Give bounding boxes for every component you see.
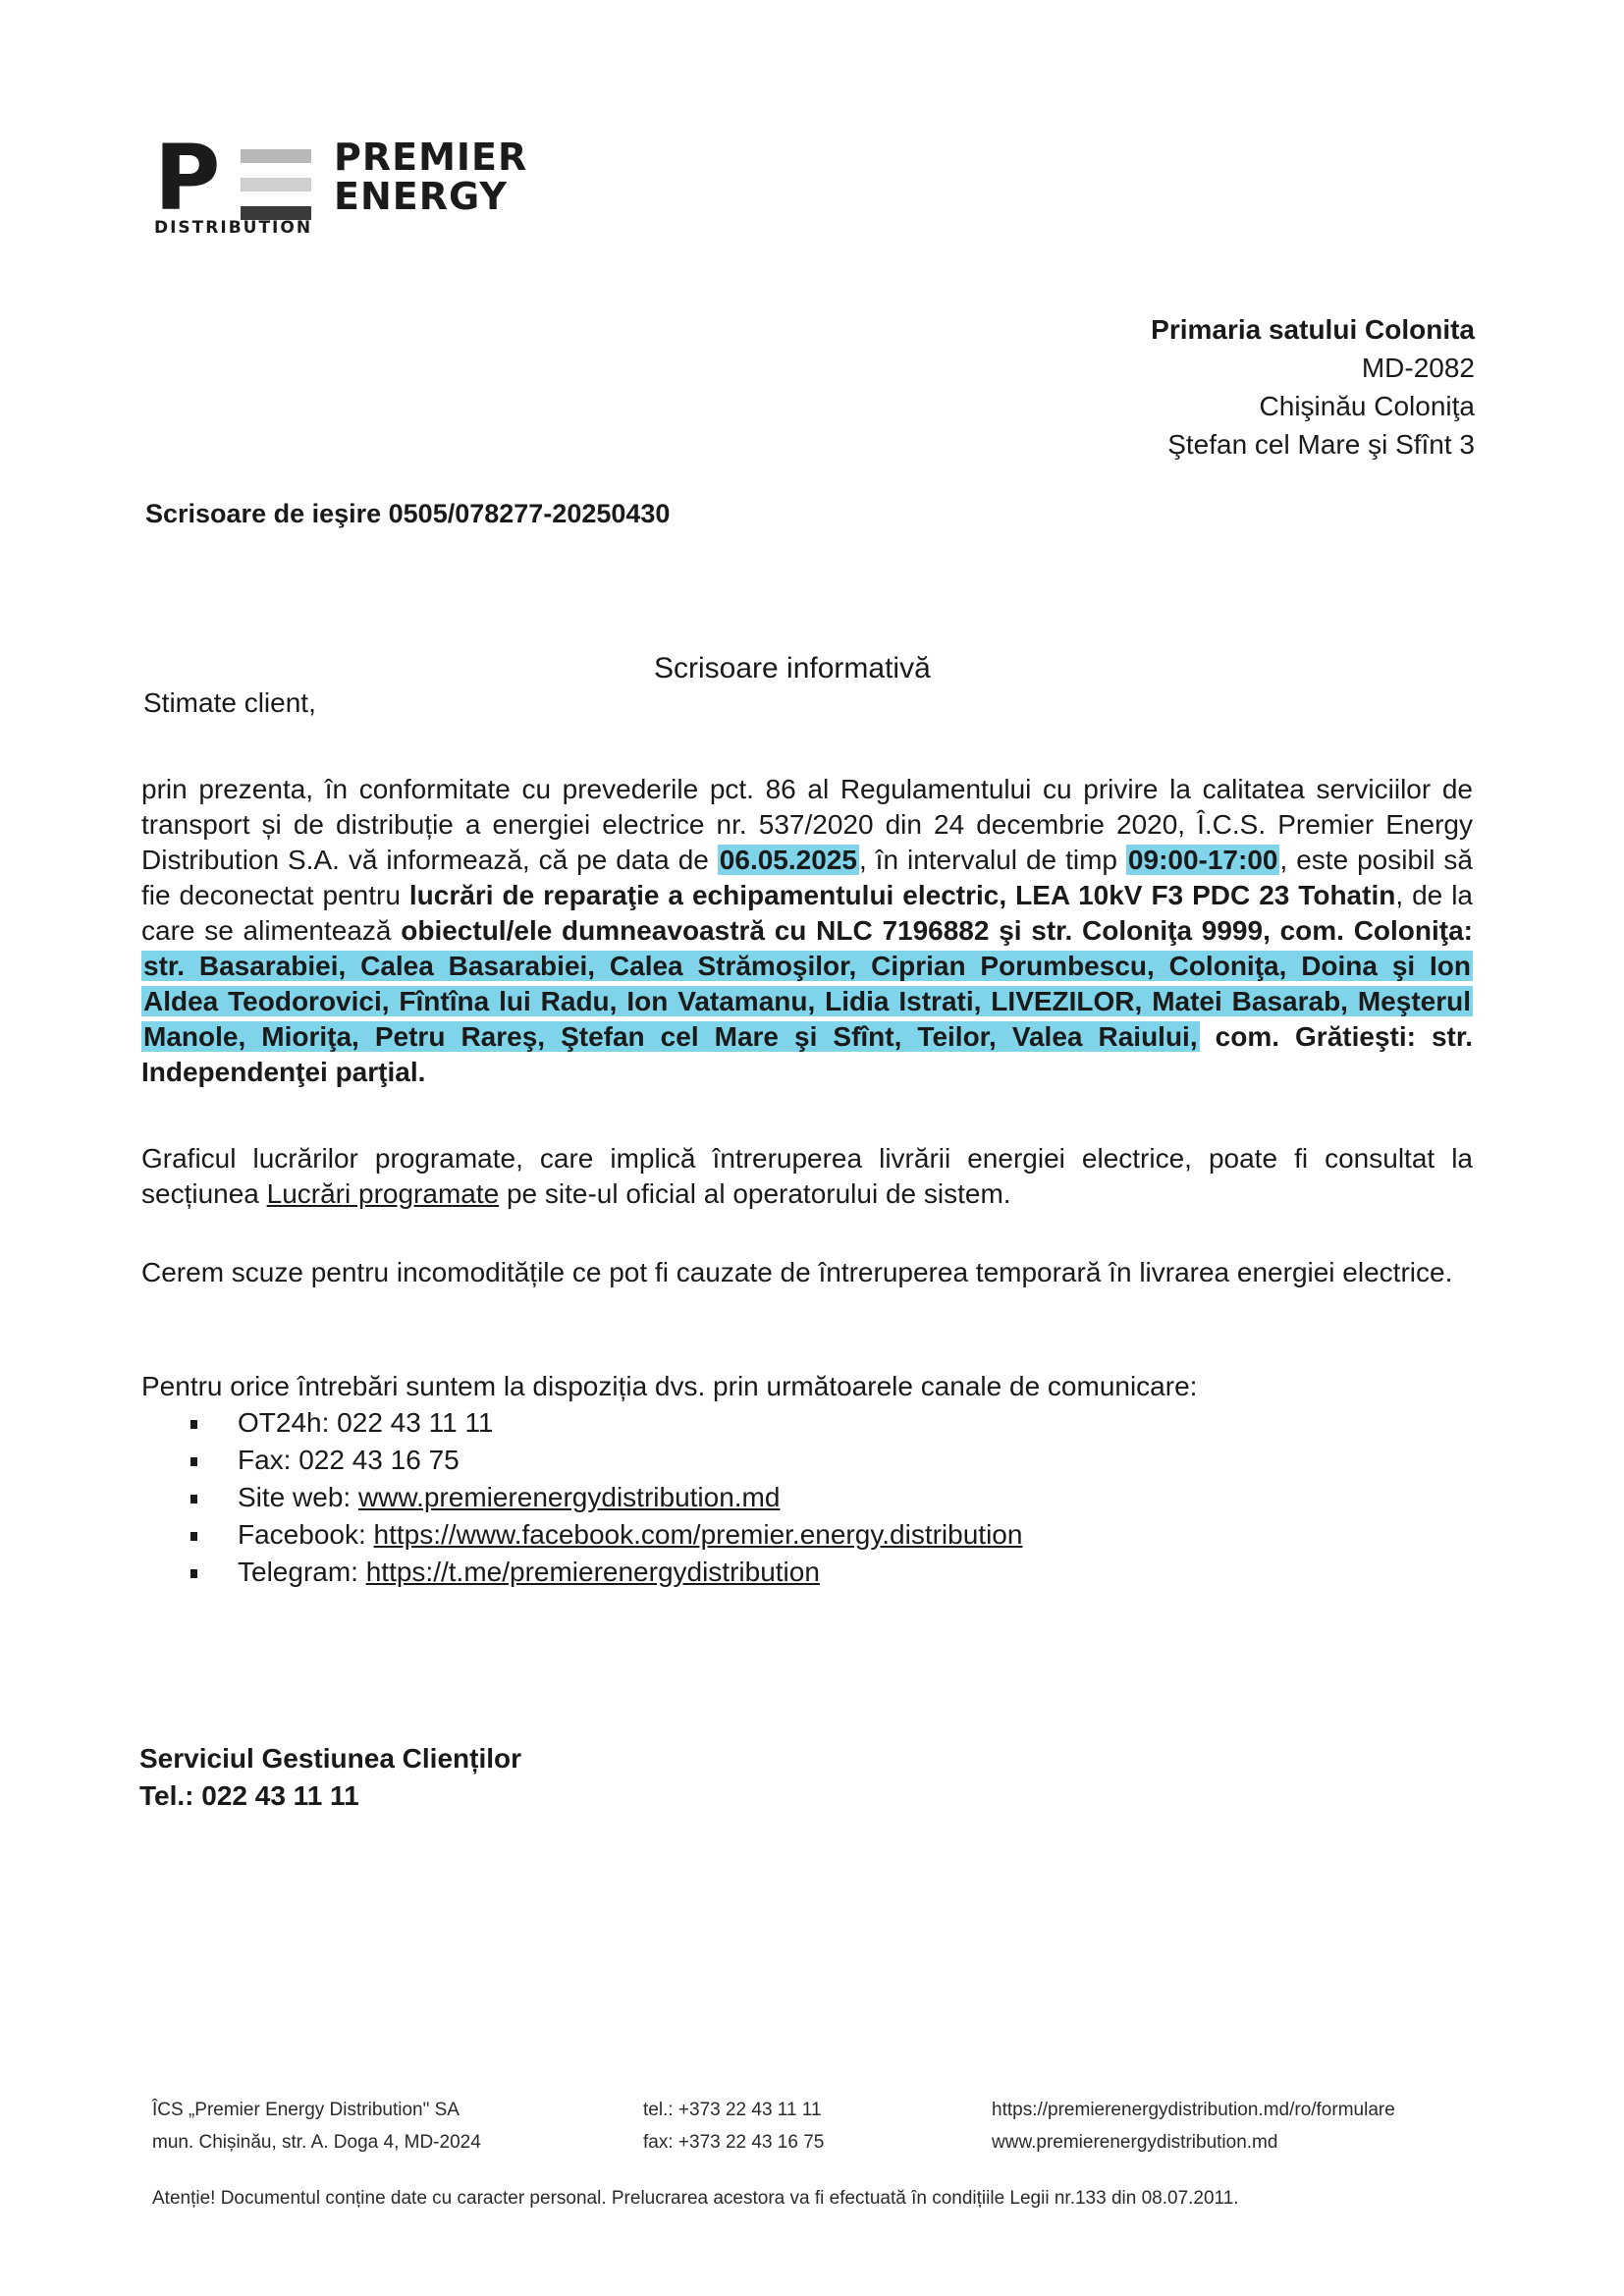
recipient-postal-code: MD-2082: [1151, 349, 1475, 387]
logo-mark: P: [154, 139, 218, 218]
company-logo: P PREMIER ENERGY DISTRIBUTION: [152, 137, 594, 246]
privacy-notice: Atenție! Documentul conține date cu cara…: [152, 2188, 1239, 2210]
signature-phone: Tel.: 022 43 11 11: [139, 1777, 521, 1815]
recipient-name: Primaria satului Colonita: [1151, 310, 1475, 349]
scheduled-works-link[interactable]: Lucrări programate: [267, 1178, 500, 1209]
footer-site-link[interactable]: www.premierenergydistribution.md: [992, 2126, 1395, 2159]
recipient-locality: Chişinău Coloniţa: [1151, 387, 1475, 425]
contact-list: OT24h: 022 43 11 11 Fax: 022 43 16 75 Si…: [187, 1404, 1022, 1591]
recipient-street: Ştefan cel Mare şi Sfînt 3: [1151, 425, 1475, 464]
footer-links: https://premierenergydistribution.md/ro/…: [992, 2094, 1395, 2159]
signature-block: Serviciul Gestiunea Clienților Tel.: 022…: [139, 1740, 521, 1815]
footer-company: ÎCS „Premier Energy Distribution" SA mun…: [152, 2094, 481, 2159]
footer-form-link[interactable]: https://premierenergydistribution.md/ro/…: [992, 2094, 1395, 2126]
recipient-address: Primaria satului Colonita MD-2082 Chişin…: [1151, 310, 1475, 464]
letter-reference: Scrisoare de ieşire 0505/078277-20250430: [145, 499, 670, 529]
outage-date: 06.05.2025: [718, 845, 859, 875]
signature-department: Serviciul Gestiunea Clienților: [139, 1740, 521, 1777]
paragraph-apology: Cerem scuze pentru incomoditățile ce pot…: [141, 1255, 1473, 1290]
outage-time: 09:00-17:00: [1126, 845, 1280, 875]
contact-item-facebook: Facebook: https://www.facebook.com/premi…: [187, 1516, 1022, 1554]
telegram-link[interactable]: https://t.me/premierenergydistribution: [366, 1557, 820, 1587]
contact-item-website: Site web: www.premierenergydistribution.…: [187, 1479, 1022, 1516]
footer-phones: tel.: +373 22 43 11 11 fax: +373 22 43 1…: [643, 2094, 824, 2159]
work-description: lucrări de reparaţie a echipamentului el…: [409, 880, 1395, 910]
logo-wordmark: PREMIER ENERGY: [334, 137, 527, 216]
contact-item-telegram: Telegram: https://t.me/premierenergydist…: [187, 1554, 1022, 1591]
document-title: Scrisoare informativă: [654, 652, 931, 685]
greeting: Stimate client,: [143, 687, 316, 719]
logo-subtitle: DISTRIBUTION: [154, 218, 312, 238]
contact-item-ot24h: OT24h: 022 43 11 11: [187, 1404, 1022, 1442]
paragraph-schedule: Graficul lucrărilor programate, care imp…: [141, 1141, 1473, 1212]
contact-item-fax: Fax: 022 43 16 75: [187, 1442, 1022, 1479]
affected-objects: obiectul/ele dumneavoastră cu NLC 719688…: [401, 915, 1473, 946]
paragraph-contact-intro: Pentru orice întrebări suntem la dispozi…: [141, 1369, 1473, 1404]
paragraph-notice: prin prezenta, în conformitate cu preved…: [141, 772, 1473, 1090]
website-link[interactable]: www.premierenergydistribution.md: [358, 1482, 781, 1512]
facebook-link[interactable]: https://www.facebook.com/premier.energy.…: [374, 1519, 1023, 1550]
